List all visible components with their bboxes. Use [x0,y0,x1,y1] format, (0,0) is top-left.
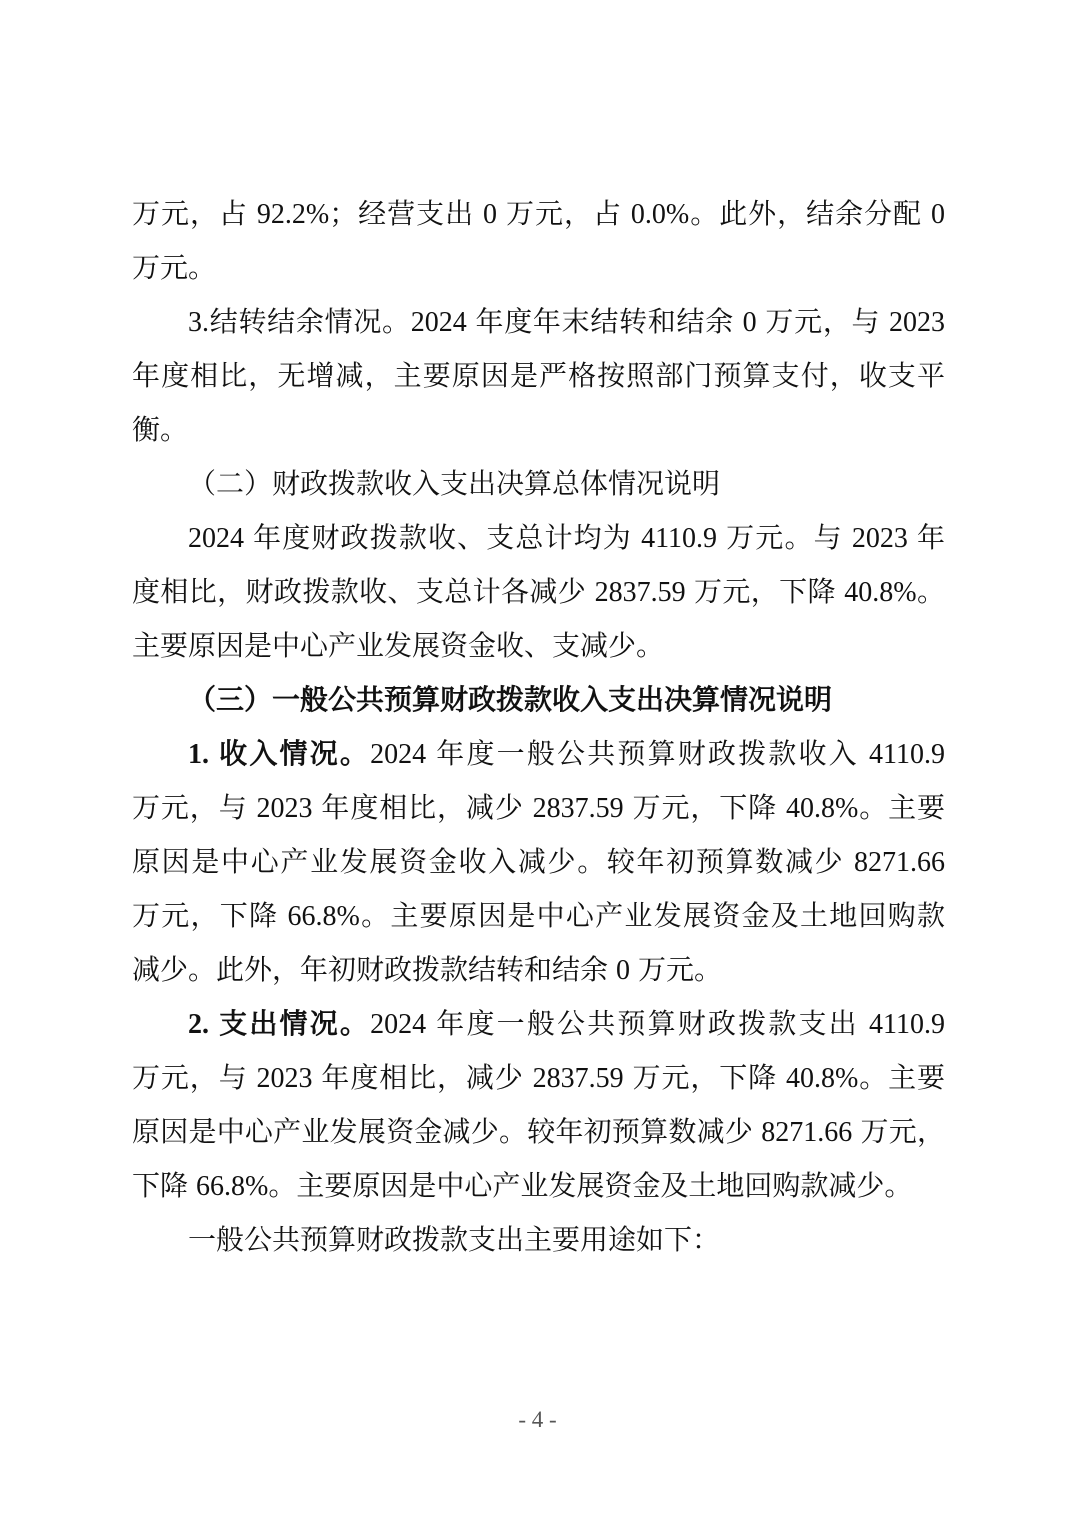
body-line-02: 万元。 [132,242,945,296]
document-page: 万元，占 92.2%；经营支出 0 万元，占 0.0%。此外，结余分配 0 万元… [0,0,1075,1520]
subitem-2-runin-heading: 2. 支出情况。 [188,1009,370,1040]
body-line-19: 下降 66.8%。主要原因是中心产业发展资金及土地回购款减少。 [132,1160,945,1214]
body-line-15: 减少。此外，年初财政拨款结转和结余 0 万元。 [132,944,945,998]
body-line-11-income: 1. 收入情况。2024 年度一般公共预算财政拨款收入 4110.9 [132,728,945,782]
section-heading-3: （三）一般公共预算财政拨款收入支出决算情况说明 [132,674,945,728]
body-line-04: 年度相比，无增减，主要原因是严格按照部门预算支付，收支平 [132,350,945,404]
section-heading-2: （二）财政拨款收入支出决算总体情况说明 [132,458,945,512]
body-line-01: 万元，占 92.2%；经营支出 0 万元，占 0.0%。此外，结余分配 0 [132,188,945,242]
body-line-03-item3-carryover: 3.结转结余情况。2024 年度年末结转和结余 0 万元，与 2023 [132,296,945,350]
body-line-18: 原因是中心产业发展资金减少。较年初预算数减少 8271.66 万元， [132,1106,945,1160]
body-line-17: 万元，与 2023 年度相比，减少 2837.59 万元，下降 40.8%。主要 [132,1052,945,1106]
body-line-20-usage-intro: 一般公共预算财政拨款支出主要用途如下： [132,1214,945,1268]
body-line-05: 衡。 [132,404,945,458]
subitem-1-runin-heading: 1. 收入情况。 [188,739,370,770]
body-line-07: 2024 年度财政拨款收、支总计均为 4110.9 万元。与 2023 年 [132,512,945,566]
subitem-2-text: 2024 年度一般公共预算财政拨款支出 4110.9 [370,1009,945,1040]
body-line-13: 原因是中心产业发展资金收入减少。较年初预算数减少 8271.66 [132,836,945,890]
subitem-1-text: 2024 年度一般公共预算财政拨款收入 4110.9 [370,739,945,770]
body-line-09: 主要原因是中心产业发展资金收、支减少。 [132,620,945,674]
document-body: 万元，占 92.2%；经营支出 0 万元，占 0.0%。此外，结余分配 0 万元… [132,188,945,1268]
page-number: - 4 - [0,1406,1075,1434]
body-line-12: 万元，与 2023 年度相比，减少 2837.59 万元，下降 40.8%。主要 [132,782,945,836]
body-line-16-expenditure: 2. 支出情况。2024 年度一般公共预算财政拨款支出 4110.9 [132,998,945,1052]
body-line-14: 万元，下降 66.8%。主要原因是中心产业发展资金及土地回购款 [132,890,945,944]
body-line-08: 度相比，财政拨款收、支总计各减少 2837.59 万元，下降 40.8%。 [132,566,945,620]
